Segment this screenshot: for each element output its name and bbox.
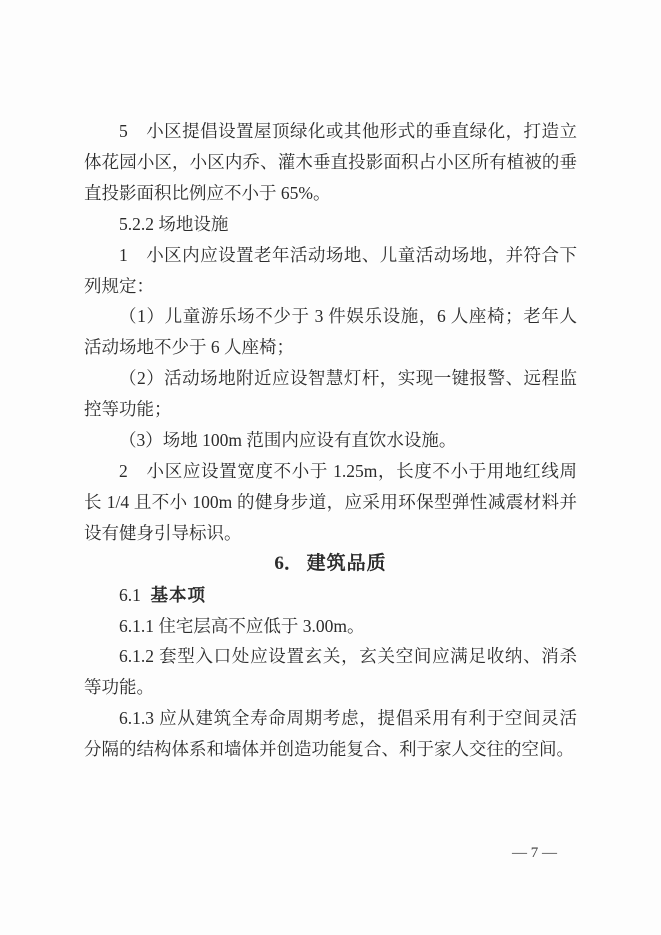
- chapter-6-title: 建筑品质: [307, 553, 387, 574]
- section-6-1-title: 基本项: [151, 585, 207, 605]
- clause-5-paragraph: 5 小区提倡设置屋顶绿化或其他形式的垂直绿化，打造立体花园小区，小区内乔、灌木垂…: [84, 116, 577, 209]
- chapter-6-number: 6．: [274, 553, 303, 574]
- document-content: 5 小区提倡设置屋顶绿化或其他形式的垂直绿化，打造立体花园小区，小区内乔、灌木垂…: [84, 116, 577, 765]
- clause-6-1-1-paragraph: 6.1.1 住宅层高不应低于 3.00m。: [84, 611, 577, 642]
- clause-6-1-2-paragraph: 6.1.2 套型入口处应设置玄关，玄关空间应满足收纳、消杀等功能。: [84, 641, 577, 703]
- list-item-1: （1）儿童游乐场不少于 3 件娱乐设施，6 人座椅；老年人活动场地不少于 6 人…: [84, 301, 577, 363]
- list-item-2: （2）活动场地附近应设智慧灯杆，实现一键报警、远程监控等功能；: [84, 363, 577, 425]
- chapter-6-heading: 6．建筑品质: [84, 549, 577, 580]
- list-item-3: （3）场地 100m 范围内应设有直饮水设施。: [84, 425, 577, 456]
- page-number: — 7 —: [512, 845, 557, 862]
- section-6-1-heading: 6.1基本项: [84, 580, 577, 611]
- clause-6-1-3-paragraph: 6.1.3 应从建筑全寿命周期考虑，提倡采用有利于空间灵活分隔的结构体系和墙体并…: [84, 703, 577, 765]
- section-6-1-number: 6.1: [119, 585, 141, 605]
- clause-2-paragraph: 2 小区应设置宽度不小于 1.25m，长度不小于用地红线周长 1/4 且不小 1…: [84, 456, 577, 549]
- clause-1-paragraph: 1 小区内应设置老年活动场地、儿童活动场地，并符合下列规定：: [84, 240, 577, 302]
- heading-5-2-2: 5.2.2 场地设施: [84, 209, 577, 240]
- document-page: 5 小区提倡设置屋顶绿化或其他形式的垂直绿化，打造立体花园小区，小区内乔、灌木垂…: [0, 0, 661, 935]
